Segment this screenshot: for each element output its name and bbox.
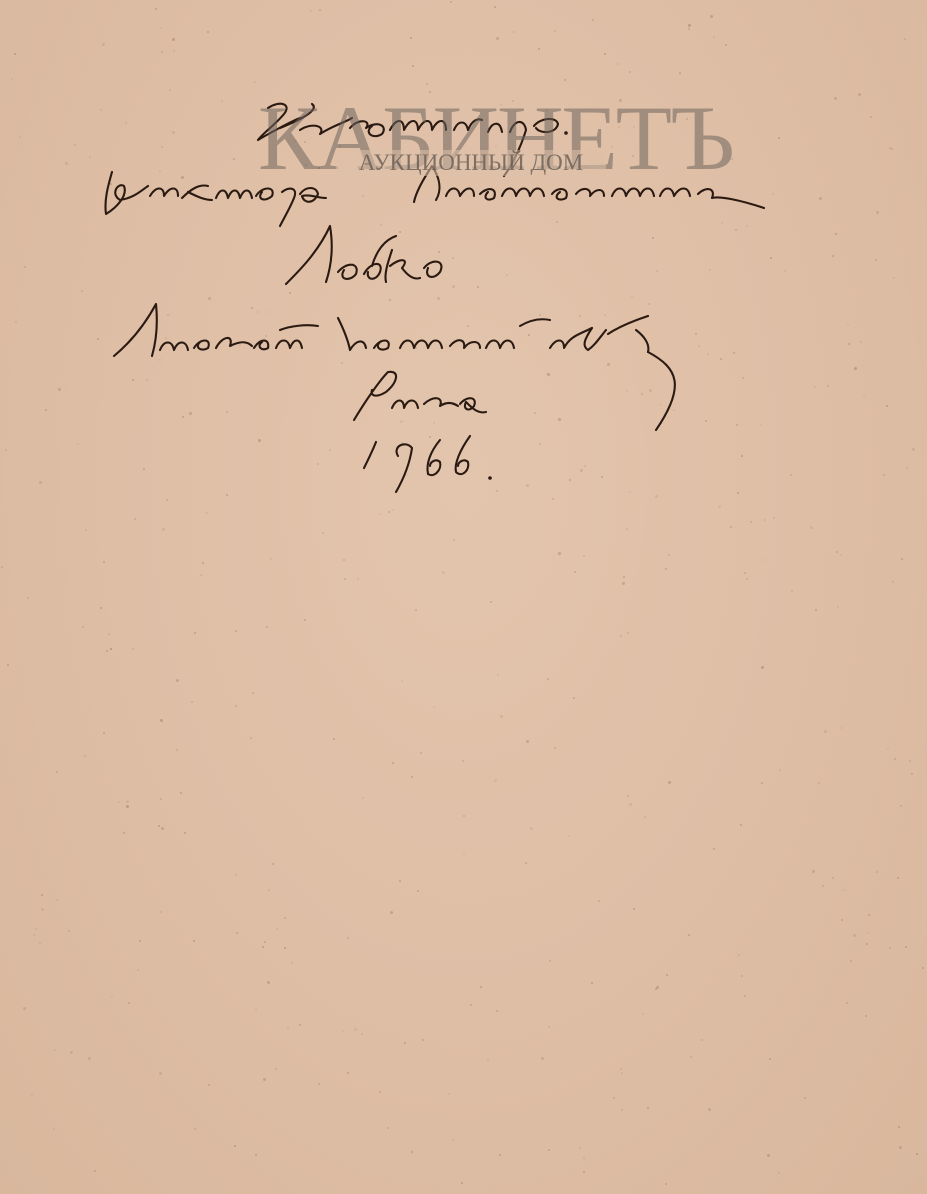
handwriting-strokes: [0, 0, 927, 520]
inscription-line-6: 1966.: [364, 440, 461, 480]
book-page: Экземпляр Виктора Ивановича Лобко Алексе…: [0, 0, 927, 1194]
inscription-line-4: Алексей Юпатов: [114, 312, 447, 353]
inscription-line-2: Виктора Ивановича: [104, 172, 472, 212]
inscription-line-1: Экземпляр: [258, 104, 435, 139]
inscription-line-3: Лобко: [286, 236, 403, 277]
inscription-line-5: Рига: [354, 378, 436, 418]
handwritten-inscription: Экземпляр Виктора Ивановича Лобко Алексе…: [0, 0, 927, 520]
